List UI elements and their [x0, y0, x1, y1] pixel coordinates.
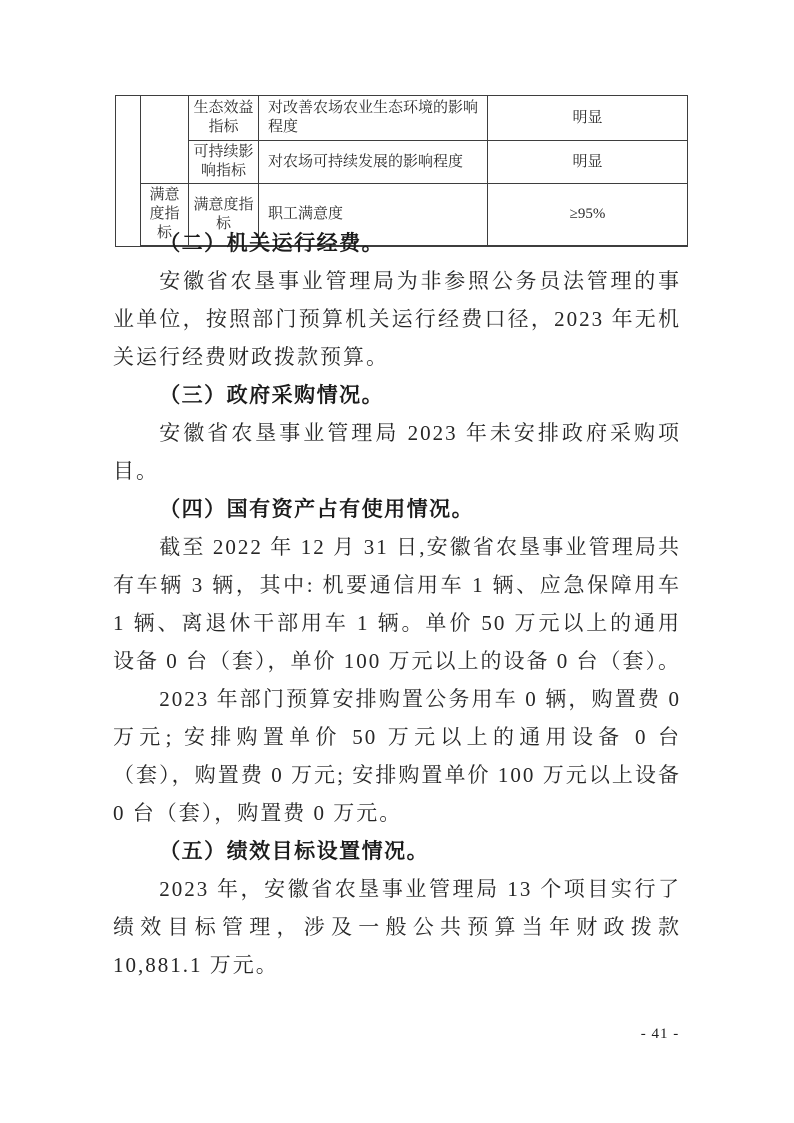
section-paragraph: 安徽省农垦事业管理局 2023 年未安排政府采购项目。 [113, 414, 681, 490]
section-government-procurement: （三）政府采购情况。 安徽省农垦事业管理局 2023 年未安排政府采购项目。 [113, 376, 681, 490]
section-paragraph: 截至 2022 年 12 月 31 日,安徽省农垦事业管理局共有车辆 3 辆，其… [113, 528, 681, 680]
table-cell-group-empty [141, 96, 189, 184]
section-heading: （五）绩效目标设置情况。 [113, 832, 681, 870]
section-heading: （四）国有资产占有使用情况。 [113, 490, 681, 528]
document-body: （二）机关运行经费。 安徽省农垦事业管理局为非参照公务员法管理的事业单位，按照部… [113, 224, 681, 984]
section-paragraph: 安徽省农垦事业管理局为非参照公务员法管理的事业单位，按照部门预算机关运行经费口径… [113, 262, 681, 376]
table-row: 生态效益指标 对改善农场农业生态环境的影响程度 明显 [116, 96, 688, 141]
table-cell-description: 对农场可持续发展的影响程度 [259, 141, 488, 184]
section-performance-targets: （五）绩效目标设置情况。 2023 年，安徽省农垦事业管理局 13 个项目实行了… [113, 832, 681, 984]
document-page: 生态效益指标 对改善农场农业生态环境的影响程度 明显 可持续影响指标 对农场可持… [0, 0, 794, 1123]
table-row: 可持续影响指标 对农场可持续发展的影响程度 明显 [116, 141, 688, 184]
page-number: - 41 - [612, 1026, 708, 1043]
section-paragraph: 2023 年，安徽省农垦事业管理局 13 个项目实行了绩效目标管理，涉及一般公共… [113, 870, 681, 984]
table-cell-description: 对改善农场农业生态环境的影响程度 [259, 96, 488, 141]
table-cell-indicator: 可持续影响指标 [189, 141, 259, 184]
table-cell-value: 明显 [488, 141, 688, 184]
table-cell-indicator: 生态效益指标 [189, 96, 259, 141]
section-paragraph: 2023 年部门预算安排购置公务用车 0 辆，购置费 0 万元; 安排购置单价 … [113, 680, 681, 832]
section-agency-operating-expenses: （二）机关运行经费。 安徽省农垦事业管理局为非参照公务员法管理的事业单位，按照部… [113, 224, 681, 376]
section-state-assets-usage: （四）国有资产占有使用情况。 截至 2022 年 12 月 31 日,安徽省农垦… [113, 490, 681, 832]
table-cell-value: 明显 [488, 96, 688, 141]
section-heading: （二）机关运行经费。 [113, 224, 681, 262]
section-heading: （三）政府采购情况。 [113, 376, 681, 414]
